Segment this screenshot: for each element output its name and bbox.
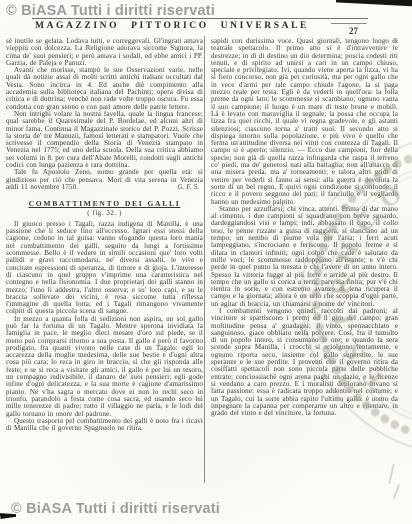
scan-edge-artifact-top-right: [336, 0, 412, 9]
paragraph: sè inutile se gelata. Lodava tutti, e co…: [6, 38, 203, 67]
column-divider: [204, 36, 205, 483]
scan-content: MAGAZZINO PITTORICO UNIVERSALE 27 sè inu…: [0, 0, 412, 524]
paragraph: Questo trasporto pel combattimento dei g…: [6, 418, 203, 433]
paragraph: I combattenti vengono quindi raccolti da…: [211, 308, 398, 417]
figure-caption: ( fig. 32. ): [6, 210, 203, 217]
paragraph: In mezzo a quanta folla di sedizioni non…: [6, 316, 203, 418]
pencil-mark: [389, 464, 394, 484]
watermark-bottom: © BiASA Tutti i diritti riservati: [11, 501, 220, 517]
right-column: sapidi con durissima voce. Quasi giornal…: [211, 38, 398, 417]
paragraph: Avanti che morisse, stampò le sue Osserv…: [6, 67, 203, 111]
paragraph: Non intrighi volare la nostra favella, q…: [6, 111, 203, 169]
journal-title: MAGAZZINO PITTORICO UNIVERSALE: [0, 21, 344, 31]
paragraph: Stanno per azzuffarsi; chi vinca, attent…: [211, 206, 398, 308]
left-column: sè inutile se gelata. Lodava tutti, e co…: [6, 38, 203, 432]
scanned-page: © BiASA Tutti i diritti riservati MAGAZZ…: [0, 0, 412, 524]
pencil-mark: [393, 484, 399, 498]
section-heading: COMBATTIMENTO DEI GALLI: [6, 200, 203, 207]
page-number: 27: [349, 26, 358, 36]
paragraph: Il giuoco presso i Tagali, razza indigen…: [6, 221, 203, 316]
paragraph: sapidi con durissima voce. Quasi giornal…: [211, 38, 398, 206]
header-rule: [32, 18, 368, 19]
